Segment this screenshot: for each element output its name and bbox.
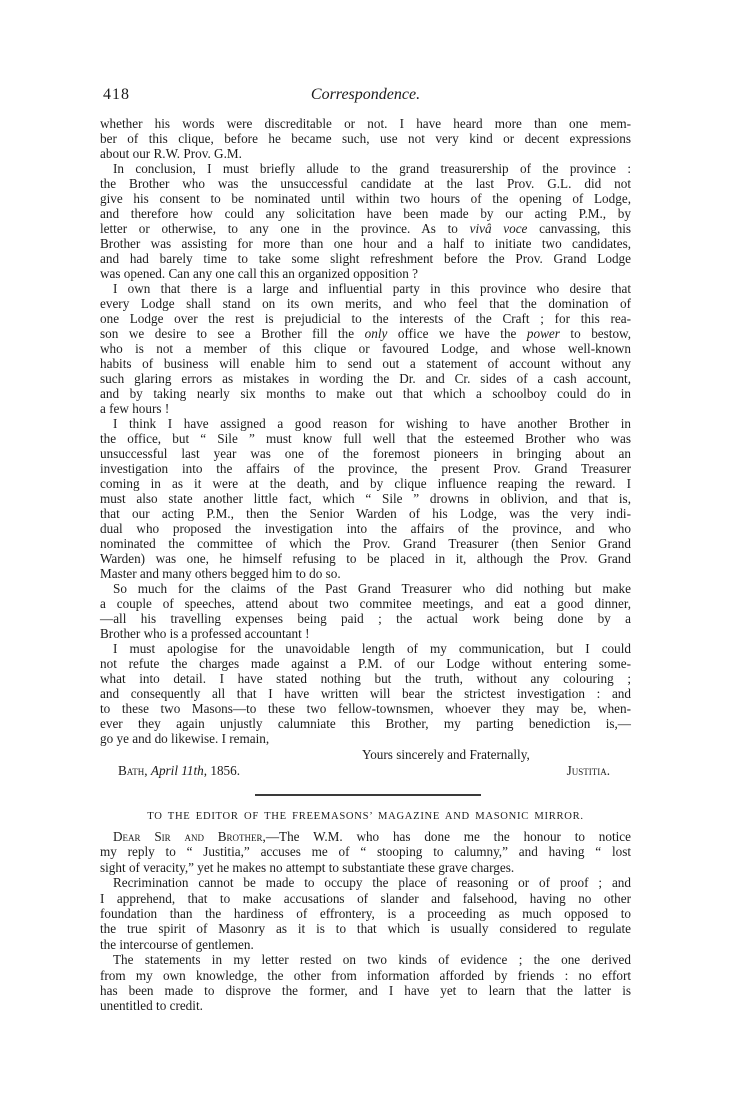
text-line: and by taking nearly six months to make … (100, 386, 631, 401)
text-line: and had barely time to take some slight … (100, 251, 631, 266)
letter1-signature: Justitia. (567, 763, 610, 779)
text-line: who is not a member of this clique or fa… (100, 341, 631, 356)
text-line: nominated the committee of which the Pro… (100, 536, 631, 551)
text-line: So much for the claims of the Past Grand… (100, 581, 631, 596)
text-line: Recrimination cannot be made to occupy t… (100, 875, 631, 890)
text-line: the true spirit of Masonry as it is to t… (100, 921, 631, 936)
text-line: letter or otherwise, to any one in the p… (100, 221, 631, 236)
text-line: foundation than the hardiness of effront… (100, 906, 631, 921)
text-line: go ye and do likewise. I remain, (100, 731, 631, 746)
letter1-body: whether his words were discreditable or … (100, 116, 631, 746)
text-line: habits of business will enable him to se… (100, 356, 631, 371)
text-line: the intercourse of gentlemen. (100, 937, 631, 952)
text-line: ber of this clique, before he became suc… (100, 131, 631, 146)
text-line: Dear Sir and Brother,—The W.M. who has d… (100, 829, 631, 844)
text-line: and therefore how could any solicitation… (100, 206, 631, 221)
text-line: Brother who is a professed accountant ! (100, 626, 631, 641)
text-line: unsuccessful last year was one of the fo… (100, 446, 631, 461)
running-title: Correspondence. (100, 86, 631, 104)
text-line: to these two Masons—to these two fellow-… (100, 701, 631, 716)
text-line: —all his travelling expenses being paid … (100, 611, 631, 626)
text-line: In conclusion, I must briefly allude to … (100, 161, 631, 176)
text-line: dual who proposed the investigation into… (100, 521, 631, 536)
text-line: I own that there is a large and influent… (100, 281, 631, 296)
text-line: not refute the charges made against a P.… (100, 656, 631, 671)
text-line: Master and many others begged him to do … (100, 566, 631, 581)
letter1-valediction: Yours sincerely and Fraternally, (100, 747, 631, 762)
text-line: that our acting P.M., then the Senior Wa… (100, 506, 631, 521)
text-line: The statements in my letter rested on tw… (100, 952, 631, 967)
text-line: give his consent to be nominated until w… (100, 191, 631, 206)
text-line: one Lodge over the rest is prejudicial t… (100, 311, 631, 326)
text-line: what into detail. I have stated nothing … (100, 671, 631, 686)
text-line: I think I have assigned a good reason fo… (100, 416, 631, 431)
text-line: must also state another little fact, whi… (100, 491, 631, 506)
text-line: was opened. Can any one call this an org… (100, 266, 631, 281)
text-line: every Lodge shall stand on its own merit… (100, 296, 631, 311)
text-line: a couple of speeches, attend about two c… (100, 596, 631, 611)
text-line: investigation into the affairs of the pr… (100, 461, 631, 476)
text-line: my reply to “ Justitia,” accuses me of “… (100, 844, 631, 859)
text-line: Brother was assisting for more than one … (100, 236, 631, 251)
text-line: a few hours ! (100, 401, 631, 416)
text-line: I apprehend, that to make accusations of… (100, 891, 631, 906)
text-line: has been made to disprove the former, an… (100, 983, 631, 998)
letter2-body: Dear Sir and Brother,—The W.M. who has d… (100, 829, 631, 1014)
text-line: from my own knowledge, the other from in… (100, 968, 631, 983)
running-header: 418 Correspondence. (100, 86, 631, 106)
text-column: whether his words were discreditable or … (100, 116, 631, 1014)
letter1-place-date: Bath, April 11th, 1856. (118, 763, 240, 779)
text-line: son we desire to see a Brother fill the … (100, 326, 631, 341)
text-line: sight of veracity,” yet he makes no atte… (100, 860, 631, 875)
letter1-signature-row: Bath, April 11th, 1856. Justitia. (100, 763, 631, 779)
letter2-heading: TO THE EDITOR OF THE FREEMASONS’ MAGAZIN… (100, 810, 631, 824)
text-line: coming in as it were at the death, and b… (100, 476, 631, 491)
text-line: ever they again unjustly calumniate this… (100, 716, 631, 731)
text-line: unentitled to credit. (100, 998, 631, 1013)
text-line: the office, but “ Sile ” must know full … (100, 431, 631, 446)
text-line: about our R.W. Prov. G.M. (100, 146, 631, 161)
text-line: whether his words were discreditable or … (100, 116, 631, 131)
text-line: and consequently all that I have written… (100, 686, 631, 701)
text-line: Warden) was one, he himself refusing to … (100, 551, 631, 566)
section-divider (255, 794, 481, 796)
text-line: such glaring errors as mistakes in wordi… (100, 371, 631, 386)
text-line: the Brother who was the unsuccessful can… (100, 176, 631, 191)
scanned-page: 418 Correspondence. whether his words we… (0, 0, 731, 1106)
text-line: I must apologise for the unavoidable len… (100, 641, 631, 656)
